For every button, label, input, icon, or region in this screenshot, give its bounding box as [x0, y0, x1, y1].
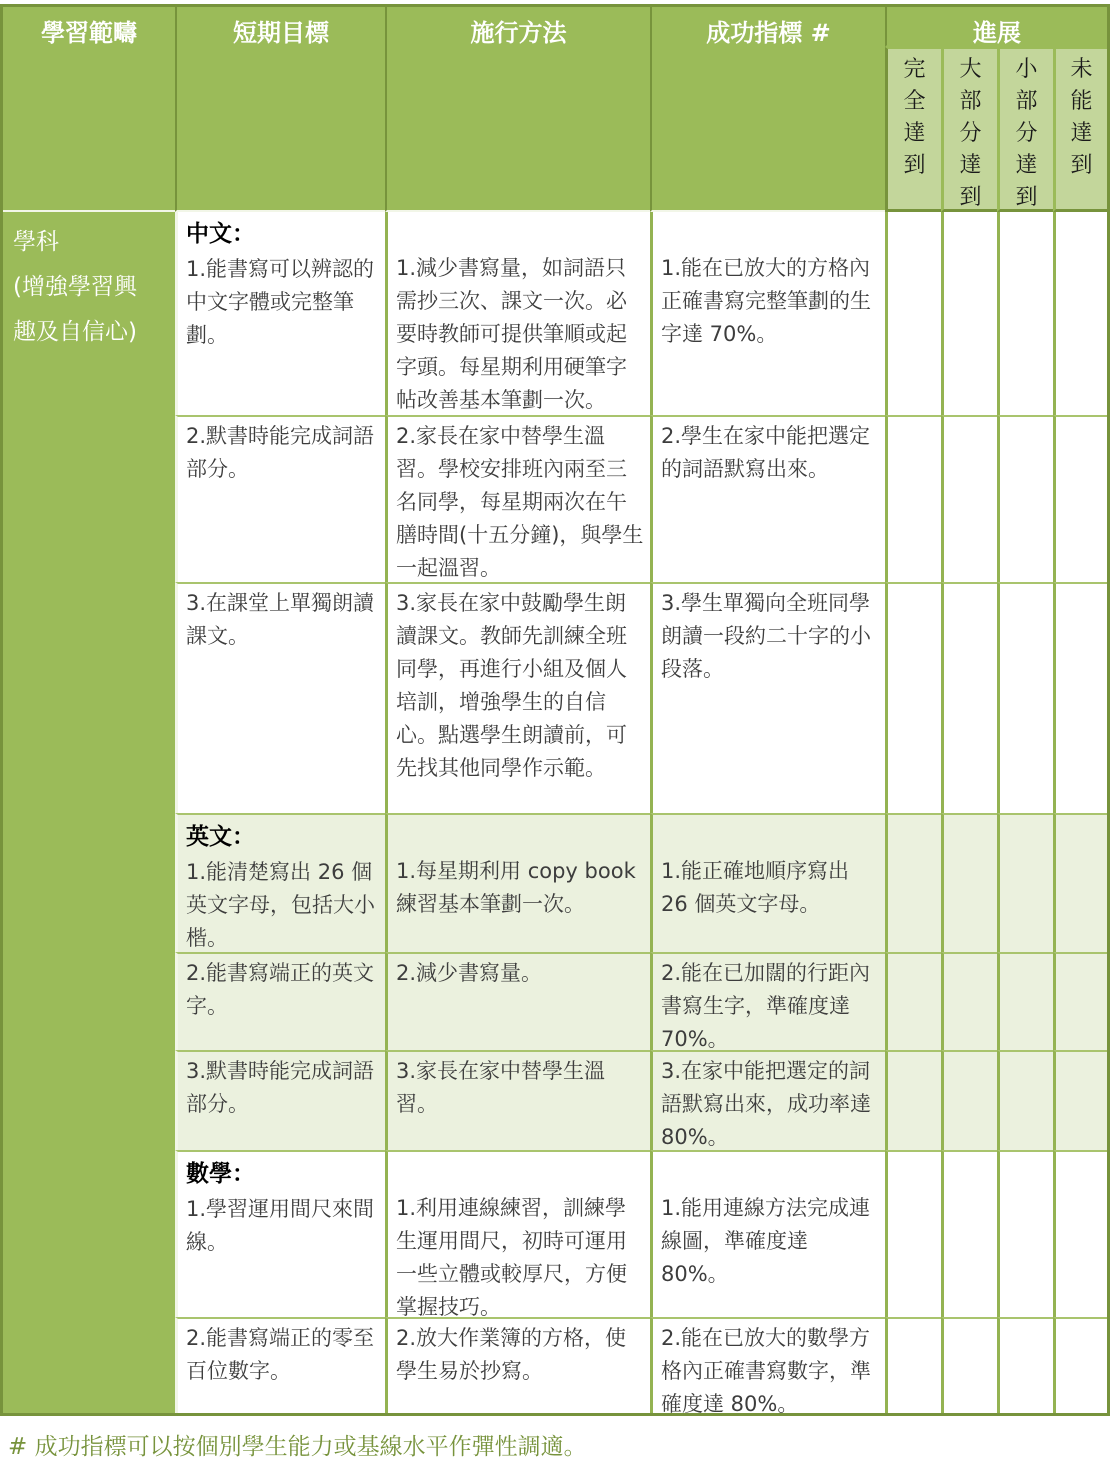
goal-cell: 中文： 1.能書寫可以辨認的中文字體或完整筆劃。 — [175, 212, 385, 415]
progress-cell — [1053, 813, 1107, 952]
progress-cell — [941, 952, 997, 1050]
domain-title: 學科 — [13, 220, 151, 265]
progress-cell — [1053, 952, 1107, 1050]
goal-text: 1.學習運用間尺來間線。 — [186, 1193, 379, 1259]
progress-cell — [885, 1317, 941, 1413]
progress-cell — [997, 1317, 1053, 1413]
header-label: 成功指標 # — [706, 13, 830, 48]
progress-level-fully-achieved: 完全達到 — [885, 47, 941, 212]
progress-cell — [1053, 1317, 1107, 1413]
section-header-maths: 數學： — [186, 1155, 379, 1193]
progress-cell — [885, 582, 941, 813]
progress-level-partly-achieved: 小部分達到 — [997, 47, 1053, 212]
progress-cell — [885, 1050, 941, 1150]
progress-cell — [1053, 1150, 1107, 1317]
progress-cell — [941, 582, 997, 813]
goal-text: 1.能清楚寫出 26 個英文字母，包括大小楷。 — [186, 856, 379, 952]
section-header-chinese: 中文： — [186, 215, 379, 253]
progress-cell — [997, 1050, 1053, 1150]
header-label: 施行方法 — [471, 13, 567, 48]
goal-cell: 2.默書時能完成詞語部分。 — [175, 415, 385, 582]
progress-cell — [941, 415, 997, 582]
header-cell-domain: 學習範疇 — [3, 7, 175, 212]
indicator-cell: 2.能在已加闊的行距內書寫生字，準確度達 70%。 — [650, 952, 885, 1050]
progress-cell — [941, 1317, 997, 1413]
progress-cell — [997, 813, 1053, 952]
progress-cell — [885, 1150, 941, 1317]
header-label: 短期目標 — [233, 13, 329, 48]
progress-cell — [1053, 582, 1107, 813]
method-cell: 1.每星期利用 copy book 練習基本筆劃一次。 — [385, 813, 650, 952]
method-cell: 2.減少書寫量。 — [385, 952, 650, 1050]
progress-level-mostly-achieved: 大部分達到 — [941, 47, 997, 212]
header-cell-method: 施行方法 — [385, 7, 650, 212]
goal-cell: 2.能書寫端正的零至百位數字。 — [175, 1317, 385, 1413]
progress-cell — [885, 813, 941, 952]
progress-cell — [1053, 415, 1107, 582]
goal-cell: 數學： 1.學習運用間尺來間線。 — [175, 1150, 385, 1317]
header-cell-goal: 短期目標 — [175, 7, 385, 212]
indicator-cell: 1.能在已放大的方格內正確書寫完整筆劃的生字達 70%。 — [650, 212, 885, 415]
goal-cell: 3.在課堂上單獨朗讀課文。 — [175, 582, 385, 813]
indicator-cell: 1.能正確地順序寫出 26 個英文字母。 — [650, 813, 885, 952]
header-label: 進展 — [973, 13, 1021, 47]
method-cell: 3.家長在家中鼓勵學生朗讀課文。教師先訓練全班同學，再進行小組及個人培訓，增強學… — [385, 582, 650, 813]
goal-cell: 3.默書時能完成詞語部分。 — [175, 1050, 385, 1150]
domain-subtitle: (增強學習興趣及自信心) — [13, 265, 151, 355]
indicator-cell: 3.在家中能把選定的詞語默寫出來，成功率達 80%。 — [650, 1050, 885, 1150]
progress-cell — [997, 582, 1053, 813]
method-cell: 2.家長在家中替學生溫習。學校安排班內兩至三名同學，每星期兩次在午膳時間(十五分… — [385, 415, 650, 582]
indicator-cell: 3.學生單獨向全班同學朗讀一段約二十字的小段落。 — [650, 582, 885, 813]
progress-cell — [885, 212, 941, 415]
goal-cell: 英文： 1.能清楚寫出 26 個英文字母，包括大小楷。 — [175, 813, 385, 952]
footnote: # 成功指標可以按個別學生能力或基線水平作彈性調適。 — [8, 1428, 1110, 1461]
iep-table: 學習範疇 短期目標 施行方法 成功指標 # 進展 完全達到 大部分達到 小部分達… — [0, 4, 1110, 1416]
progress-cell — [997, 212, 1053, 415]
goal-text: 1.能書寫可以辨認的中文字體或完整筆劃。 — [186, 253, 379, 352]
header-cell-indicator: 成功指標 # — [650, 7, 885, 212]
goal-cell: 2.能書寫端正的英文字。 — [175, 952, 385, 1050]
header-cell-progress: 進展 — [885, 7, 1107, 47]
progress-cell — [1053, 212, 1107, 415]
method-cell: 3.家長在家中替學生溫習。 — [385, 1050, 650, 1150]
section-header-english: 英文： — [186, 818, 379, 856]
progress-cell — [885, 952, 941, 1050]
progress-cell — [997, 1150, 1053, 1317]
progress-cell — [1053, 1050, 1107, 1150]
domain-cell: 學科 (增強學習興趣及自信心) — [3, 212, 175, 1413]
header-label: 學習範疇 — [41, 13, 137, 48]
progress-cell — [941, 212, 997, 415]
indicator-cell: 2.學生在家中能把選定的詞語默寫出來。 — [650, 415, 885, 582]
method-cell: 1.利用連線練習，訓練學生運用間尺，初時可運用一些立體或較厚尺，方便掌握技巧。 — [385, 1150, 650, 1317]
progress-cell — [941, 1050, 997, 1150]
indicator-cell: 1.能用連線方法完成連線圖，準確度達 80%。 — [650, 1150, 885, 1317]
progress-cell — [997, 952, 1053, 1050]
progress-cell — [941, 813, 997, 952]
method-cell: 1.減少書寫量，如詞語只需抄三次、課文一次。必要時教師可提供筆順或起字頭。每星期… — [385, 212, 650, 415]
indicator-cell: 2.能在已放大的數學方格內正確書寫數字，準確度達 80%。 — [650, 1317, 885, 1413]
method-cell: 2.放大作業簿的方格，使學生易於抄寫。 — [385, 1317, 650, 1413]
progress-cell — [941, 1150, 997, 1317]
progress-cell — [997, 415, 1053, 582]
progress-level-not-achieved: 未能達到 — [1053, 47, 1107, 212]
progress-cell — [885, 415, 941, 582]
